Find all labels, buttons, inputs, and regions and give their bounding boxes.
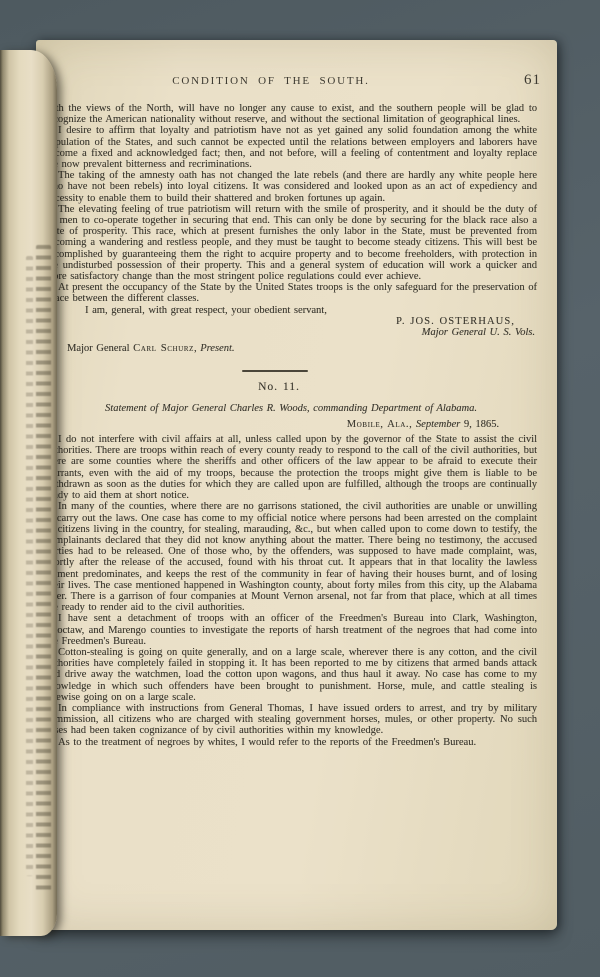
cutoff-text-fragments <box>26 256 33 876</box>
signature-title: Major General U. S. Vols. <box>45 327 535 338</box>
dateline: Mobile, Ala., September 9, 1865. <box>45 419 499 430</box>
signature-name: P. JOS. OSTERHAUS, <box>45 316 515 327</box>
letter-paragraph: The taking of the amnesty oath has not c… <box>45 170 537 204</box>
book-page: CONDITION OF THE SOUTH. 61 with the view… <box>36 40 557 930</box>
page-number: 61 <box>524 72 541 89</box>
previous-page-edge <box>0 50 57 936</box>
page-body: with the views of the North, will have n… <box>45 103 537 748</box>
running-title: CONDITION OF THE SOUTH. <box>172 75 369 87</box>
statement-title: Statement of Major General Charles R. Wo… <box>45 403 537 414</box>
addressee-name: Carl Schurz <box>133 343 194 354</box>
statement-paragraph: In many of the counties, where there are… <box>45 501 537 613</box>
addressee-line: Major General Carl Schurz, Present. <box>45 343 537 354</box>
page-header: CONDITION OF THE SOUTH. 61 <box>45 72 537 89</box>
dateline-month: September <box>416 419 460 430</box>
letter-paragraph: I desire to affirm that loyalty and patr… <box>45 125 537 170</box>
letter-paragraph: The elevating feeling of true patriotism… <box>45 204 537 282</box>
statement-paragraph: I have sent a detachment of troops with … <box>45 613 537 647</box>
letter-paragraph: with the views of the North, will have n… <box>45 103 537 125</box>
cutoff-text-fragments <box>36 245 51 893</box>
scan-background: CONDITION OF THE SOUTH. 61 with the view… <box>0 0 600 977</box>
section-number: No. 11. <box>33 382 525 393</box>
dateline-place: Mobile, Ala., <box>347 419 413 430</box>
statement-paragraph: As to the treatment of negroes by whites… <box>45 737 537 748</box>
statement-paragraph: I do not interfere with civil affairs at… <box>45 434 537 501</box>
dateline-rest: 9, 1865. <box>460 419 499 430</box>
letter-closing: I am, general, with great respect, your … <box>45 305 537 316</box>
letter-paragraph: At present the occupancy of the State by… <box>45 282 537 304</box>
statement-paragraph: Cotton-stealing is going on quite genera… <box>45 647 537 703</box>
statement-paragraph: In compliance with instructions from Gen… <box>45 703 537 737</box>
addressee-prefix: Major General <box>67 343 133 354</box>
section-divider-rule <box>242 370 308 372</box>
addressee-note: Present. <box>200 343 234 354</box>
